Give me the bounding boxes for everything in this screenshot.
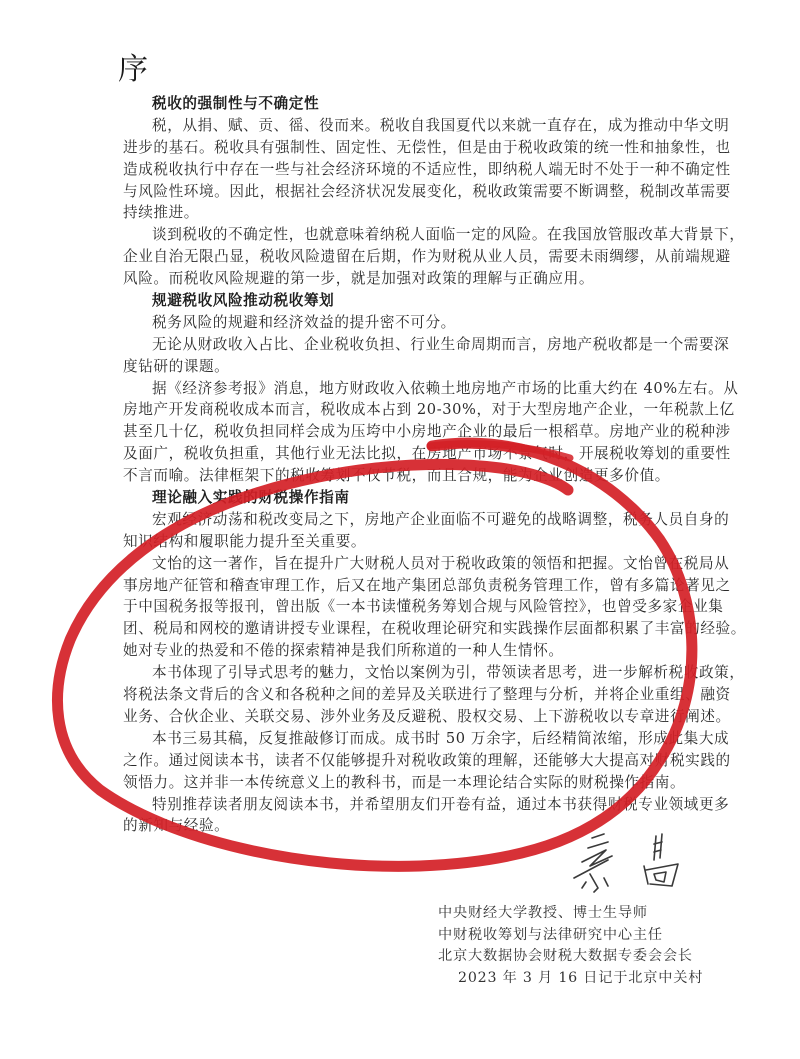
- document-page: 序 税收的强制性与不确定性税，从捐、赋、贡、徭、役而来。税收自我国夏代以来就一直…: [0, 0, 800, 1059]
- paragraph-line: 领悟力。这并非一本传统意义上的教科书，而是一本理论结合实际的财税操作指南。: [123, 772, 693, 794]
- paragraph-line: 业务、合伙企业、关联交易、涉外业务及反避税、股权交易、上下游税收以专章进行阐述。: [123, 706, 693, 728]
- paragraph-line: 宏观经济动荡和税改变局之下，房地产企业面临不可避免的战略调整，税务人员自身的: [123, 509, 693, 531]
- paragraph-line: 甚至几十亿，税收负担同样会成为压垮中小房地产企业的最后一根稻草。房地产业的税种涉: [123, 421, 693, 443]
- paragraph-line: 无论从财政收入占比、企业税收负担、行业生命周期而言，房地产税收都是一个需要深: [123, 334, 693, 356]
- paragraph-line: 税务风险的规避和经济效益的提升密不可分。: [123, 312, 693, 334]
- section-heading: 税收的强制性与不确定性: [123, 93, 693, 115]
- paragraph-line: 团、税局和网校的邀请讲授专业课程，在税收理论研究和实践操作层面都积累了丰富的经验…: [123, 618, 693, 640]
- paragraph-line: 她对专业的热爱和不倦的探索精神是我们所称道的一种人生情怀。: [123, 640, 693, 662]
- handwritten-signature: [568, 830, 688, 900]
- paragraph-line: 文怡的这一著作，旨在提升广大财税人员对于税收政策的领悟和把握。文怡曾在税局从: [123, 553, 693, 575]
- author-title-3: 北京大数据协会财税大数据专委会会长: [438, 946, 698, 968]
- page-title: 序: [118, 52, 148, 88]
- date-line: 2023 年 3 月 16 日记于北京中关村: [438, 968, 698, 990]
- section-heading: 规避税收风险推动税收筹划: [123, 290, 693, 312]
- paragraph-line: 之作。通过阅读本书，读者不仅能够提升对税收政策的理解，还能够大大提高对财税实践的: [123, 750, 693, 772]
- paragraph-line: 事房地产征管和稽查审理工作，后又在地产集团总部负责税务管理工作，曾有多篇论著见之: [123, 575, 693, 597]
- paragraph-line: 知识结构和履职能力提升至关重要。: [123, 531, 693, 553]
- paragraph-line: 不言而喻。法律框架下的税收筹划不仅节税，而且合规，能为企业创造更多价值。: [123, 465, 693, 487]
- paragraph-line: 本书体现了引导式思考的魅力，文怡以案例为引，带领读者思考，进一步解析税收政策，: [123, 662, 693, 684]
- paragraph-line: 进步的基石。税收具有强制性、固定性、无偿性，但是由于税收政策的统一性和抽象性，也: [123, 137, 693, 159]
- author-title-2: 中财税收筹划与法律研究中心主任: [438, 925, 698, 947]
- paragraph-line: 据《经济参考报》消息，地方财政收入依赖土地房地产市场的比重大约在 40%左右。从: [123, 378, 693, 400]
- paragraph-line: 及面广，税收负担重，其他行业无法比拟，在房地产市场不景气时，开展税收筹划的重要性: [123, 443, 693, 465]
- author-signature-block: 中央财经大学教授、博士生导师 中财税收筹划与法律研究中心主任 北京大数据协会财税…: [438, 903, 698, 989]
- paragraph-line: 企业自治无限凸显，税收风险遗留在后期，作为财税从业人员，需要未雨绸缪，从前端规避: [123, 246, 693, 268]
- paragraph-line: 税，从捐、赋、贡、徭、役而来。税收自我国夏代以来就一直存在，成为推动中华文明: [123, 115, 693, 137]
- paragraph-line: 造成税收执行中存在一些与社会经济环境的不适应性，即纳税人端无时不处于一种不确定性: [123, 159, 693, 181]
- paragraph-line: 与风险性环境。因此，根据社会经济状况发展变化，税收政策需要不断调整，税制改革需要: [123, 181, 693, 203]
- paragraph-line: 谈到税收的不确定性，也就意味着纳税人面临一定的风险。在我国放管服改革大背景下，: [123, 224, 693, 246]
- paragraph-line: 度钻研的课题。: [123, 356, 693, 378]
- author-title-1: 中央财经大学教授、博士生导师: [438, 903, 698, 925]
- preface-body: 税收的强制性与不确定性税，从捐、赋、贡、徭、役而来。税收自我国夏代以来就一直存在…: [123, 93, 693, 837]
- paragraph-line: 持续推进。: [123, 202, 693, 224]
- paragraph-line: 本书三易其稿，反复推敲修订而成。成书时 50 万余字，后经精简浓缩，形成此集大成: [123, 728, 693, 750]
- section-heading: 理论融入实践的财税操作指南: [123, 487, 693, 509]
- paragraph-line: 将税法条文背后的含义和各税种之间的差异及关联进行了整理与分析，并将企业重组、融资: [123, 684, 693, 706]
- paragraph-line: 风险。而税收风险规避的第一步，就是加强对政策的理解与正确应用。: [123, 268, 693, 290]
- paragraph-line: 于中国税务报等报刊，曾出版《一本书读懂税务筹划合规与风险管控》，也曾受多家企业集: [123, 596, 693, 618]
- paragraph-line: 房地产开发商税收成本而言，税收成本占到 20-30%，对于大型房地产企业，一年税…: [123, 399, 693, 421]
- paragraph-line: 特别推荐读者朋友阅读本书，并希望朋友们开卷有益，通过本书获得财税专业领域更多: [123, 794, 693, 816]
